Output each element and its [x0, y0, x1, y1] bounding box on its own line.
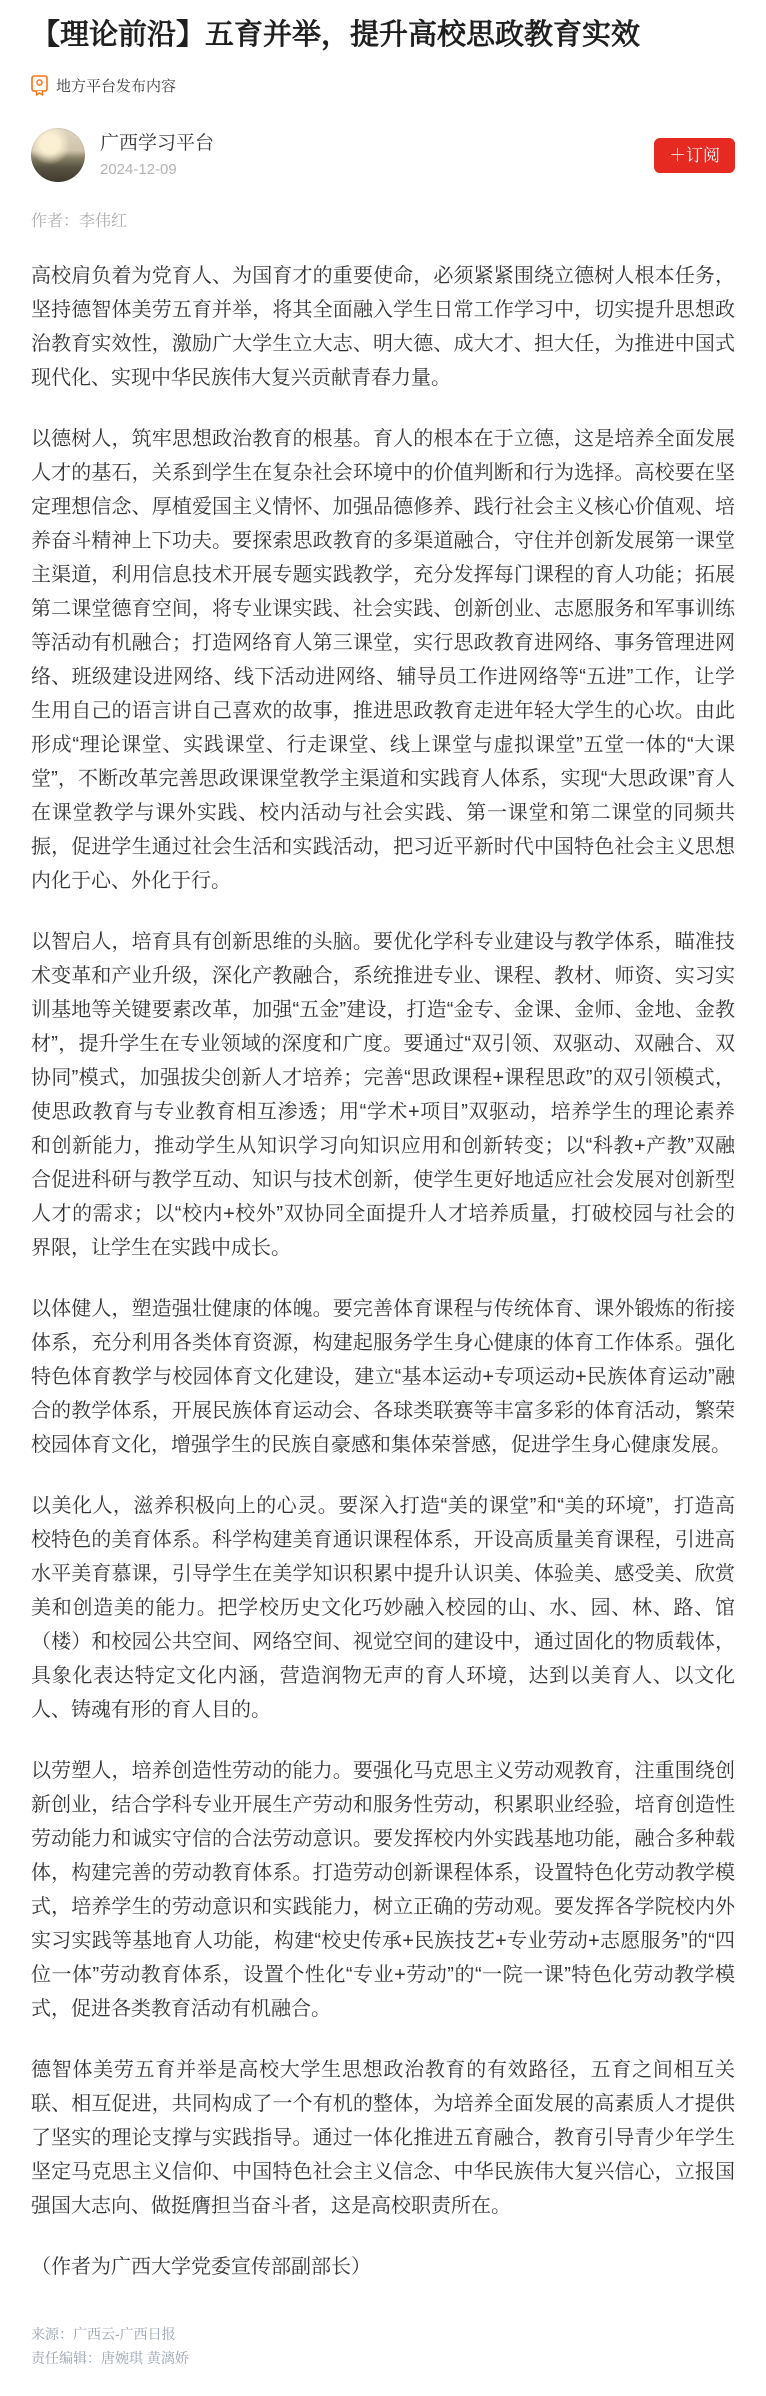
- article-paragraph: 高校肩负着为党育人、为国育才的重要使命，必须紧紧围绕立德树人根本任务，坚持德智体…: [31, 259, 735, 395]
- article-page: 【理论前沿】五育并举，提升高校思政教育实效 地方平台发布内容 广西学习平台 20…: [0, 0, 766, 2396]
- article-paragraph: 以体健人，塑造强壮健康的体魄。要完善体育课程与传统体育、课外锻炼的衔接体系，充分…: [31, 1292, 735, 1462]
- publisher-name[interactable]: 广西学习平台: [100, 133, 214, 156]
- article-paragraph: 以智启人，培育具有创新思维的头脑。要优化学科专业建设与教学体系，瞄准技术变革和产…: [31, 925, 735, 1265]
- article-paragraph: 以美化人，滋养积极向上的心灵。要深入打造“美的课堂”和“美的环境”，打造高校特色…: [31, 1489, 735, 1727]
- article-paragraph: 德智体美劳五育并举是高校大学生思想政治教育的有效路径，五育之间相互关联、相互促进…: [31, 2053, 735, 2223]
- page-title: 【理论前沿】五育并举，提升高校思政教育实效: [31, 16, 735, 55]
- source-line: 来源：广西云-广西日报: [31, 2322, 735, 2346]
- editors-line: 责任编辑：唐婉琪 黄漓娇: [31, 2346, 735, 2370]
- subscribe-button[interactable]: ＋订阅: [654, 138, 735, 173]
- article-paragraph: 以劳塑人，培养创造性劳动的能力。要强化马克思主义劳动观教育，注重围绕创新创业，结…: [31, 1754, 735, 2026]
- publisher-row: 广西学习平台 2024-12-09 ＋订阅: [31, 128, 735, 182]
- article-footer: 来源：广西云-广西日报 责任编辑：唐婉琪 黄漓娇: [31, 2322, 735, 2370]
- publisher-info: 广西学习平台 2024-12-09: [100, 133, 214, 178]
- author-byline: 作者：李伟红: [31, 208, 735, 231]
- publisher-avatar[interactable]: [31, 128, 85, 182]
- badge-label: 地方平台发布内容: [56, 75, 176, 96]
- article-paragraph: 以德树人，筑牢思想政治教育的根基。育人的根本在于立德，这是培养全面发展人才的基石…: [31, 422, 735, 898]
- article-author-note: （作者为广西大学党委宣传部副部长）: [31, 2250, 735, 2284]
- publish-date: 2024-12-09: [100, 161, 214, 178]
- platform-badge-icon: [31, 75, 48, 96]
- article-body: 高校肩负着为党育人、为国育才的重要使命，必须紧紧围绕立德树人根本任务，坚持德智体…: [31, 259, 735, 2284]
- content-source-badge: 地方平台发布内容: [31, 75, 735, 96]
